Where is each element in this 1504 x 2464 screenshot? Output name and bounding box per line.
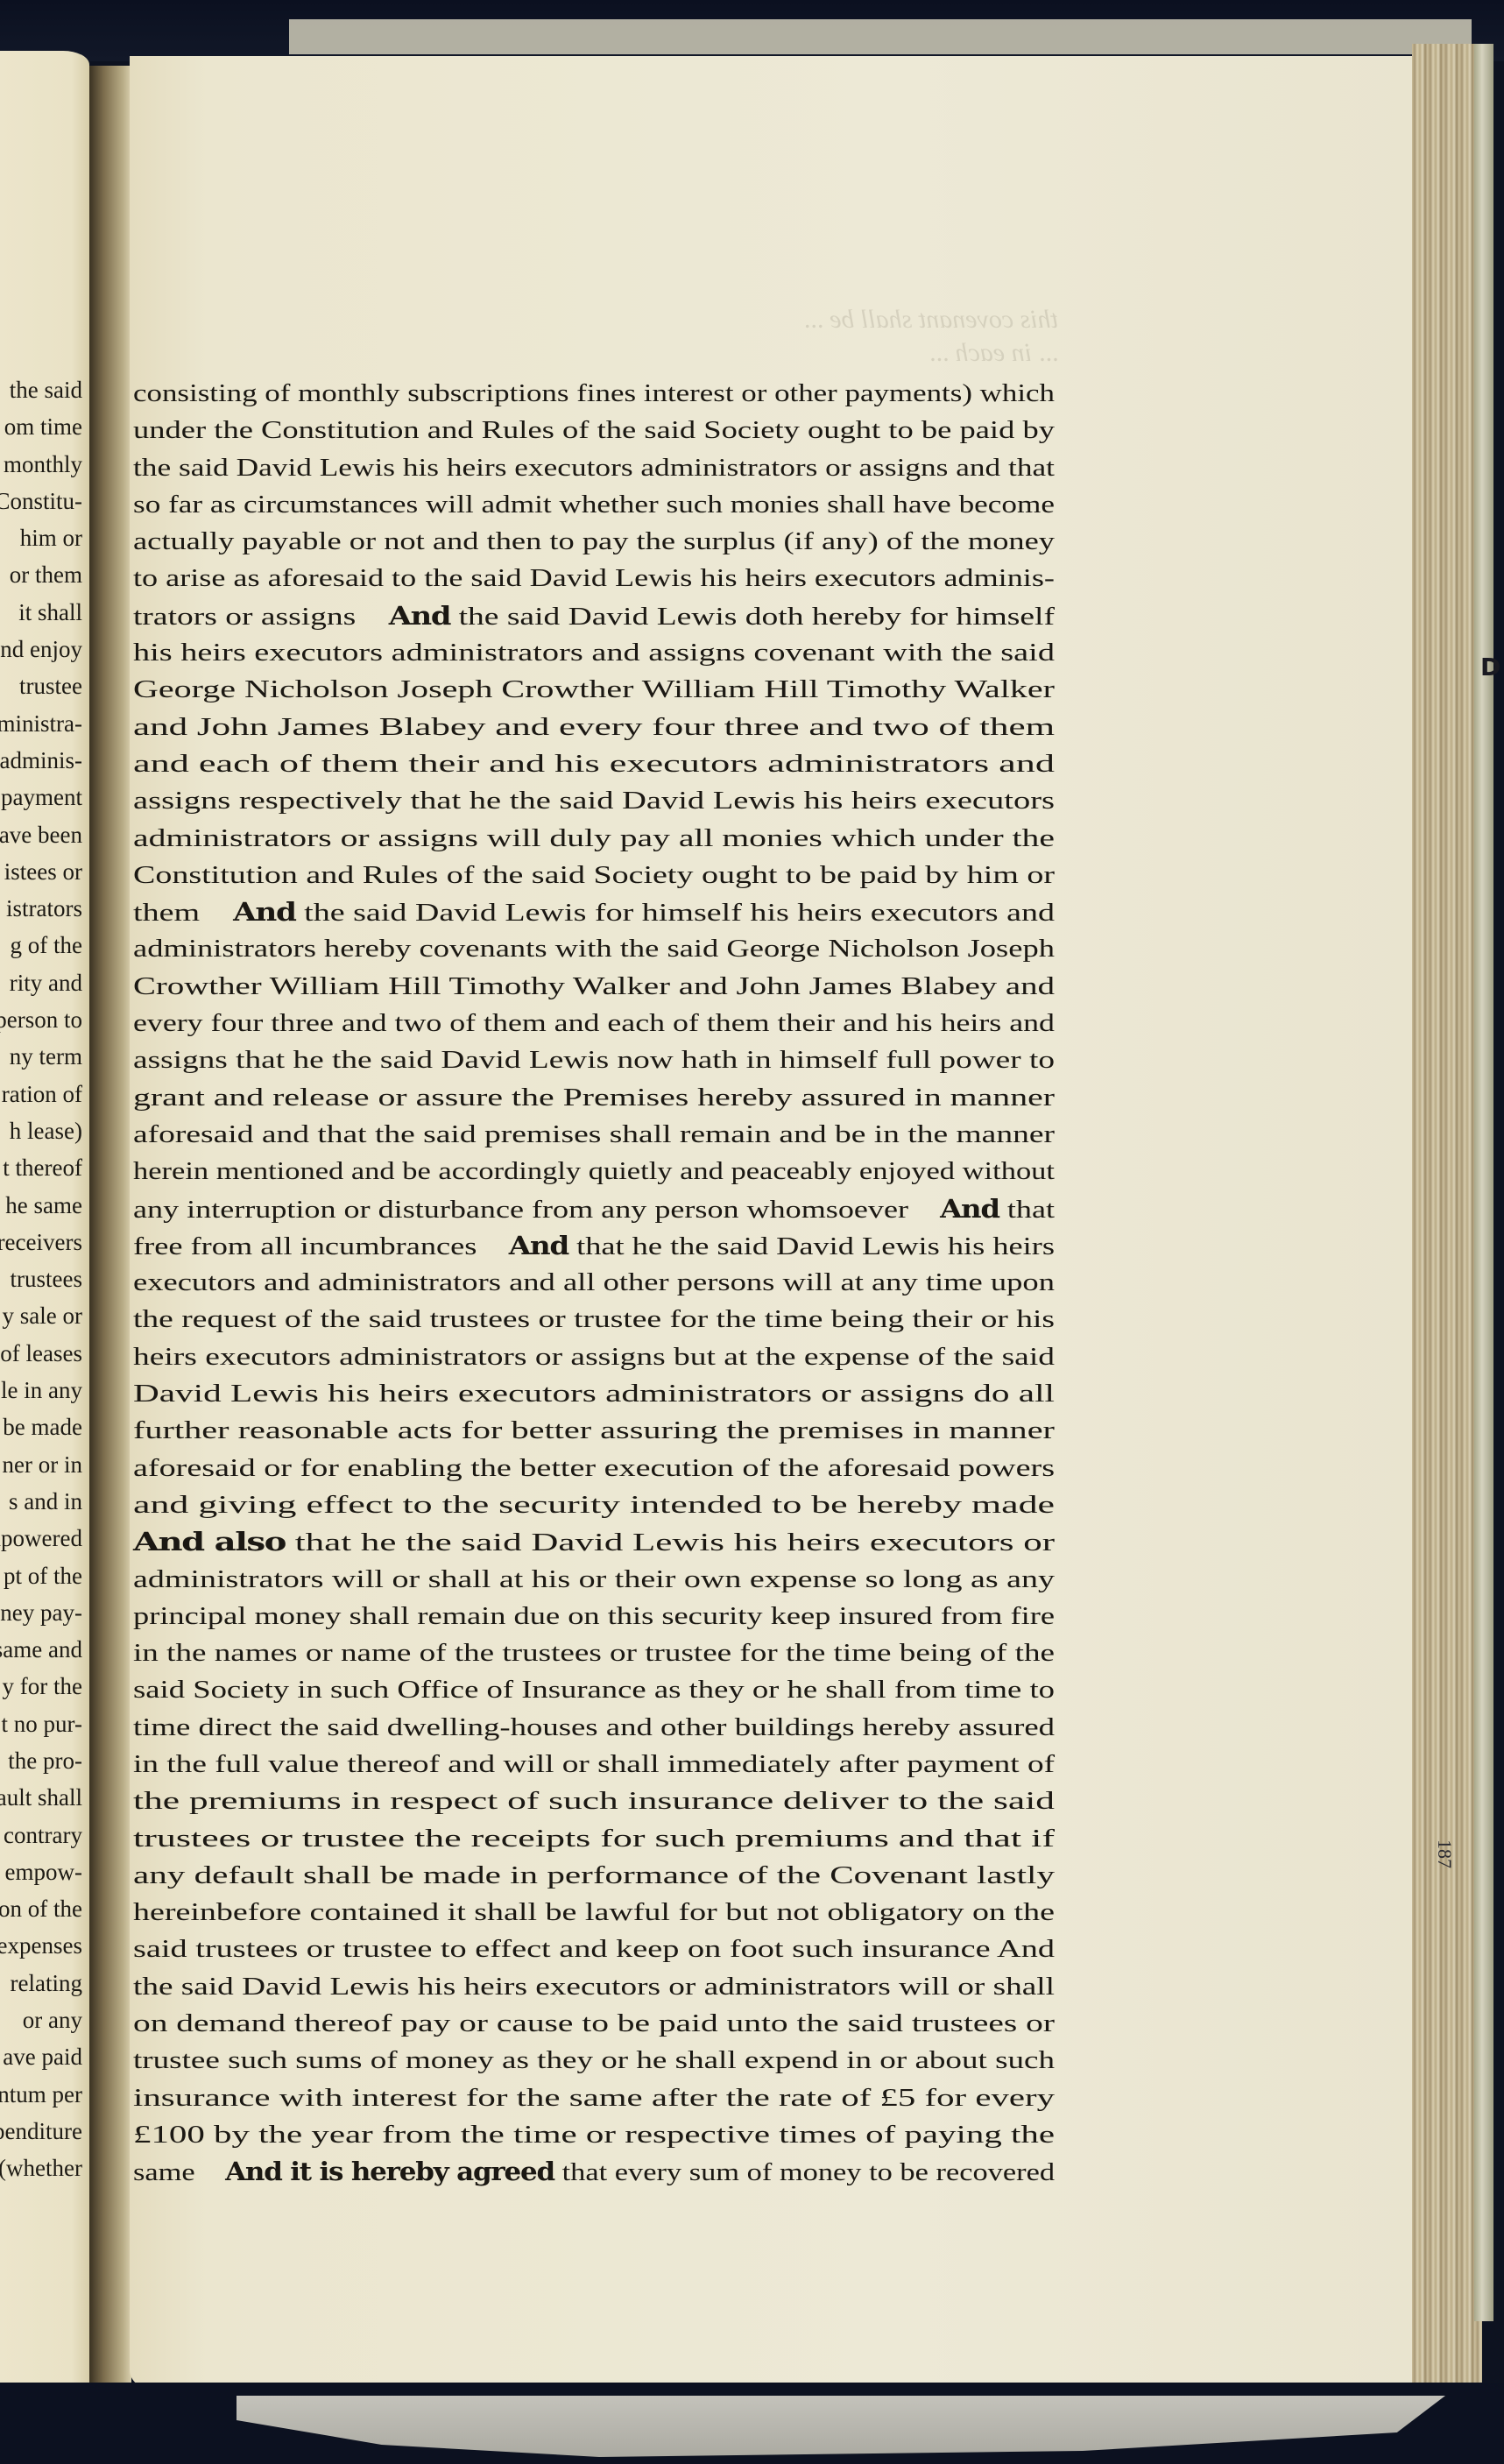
text-segment: free from all incumbrances [133,1232,509,1260]
left-page-text-column: the saidom timemonthlyConstitu-him oror … [0,371,82,2187]
text-line: and each of them their and his executors… [133,745,1055,782]
text-line: herein mentioned and be accordingly quie… [133,1153,1055,1190]
text-segment: trators or assigns [133,603,389,631]
text-line: them And the said David Lewis for himsel… [133,893,1055,930]
left-page-line: trustees [0,1260,82,1297]
left-page-line: t no pur- [0,1705,82,1742]
text-line: trators or assigns And the said David Le… [133,597,1055,634]
text-line: in the full value thereof and will or sh… [133,1746,1055,1783]
text-line: any default shall be made in performance… [133,1857,1055,1894]
left-page-line: ney pay- [0,1594,82,1631]
left-page-line: he same [0,1187,82,1224]
text-line: administrators hereby covenants with the… [133,930,1055,967]
left-page-line: y sale or [0,1297,82,1334]
left-page-line: ner or in [0,1446,82,1483]
text-line: every four three and two of them and eac… [133,1005,1055,1041]
left-page-line: istees or [0,853,82,890]
left-page-line: expenses [0,1927,82,1964]
bleed-through-text: this covenant shall be ...... in each ..… [620,303,1058,370]
text-line: consisting of monthly subscriptions fine… [133,375,1055,412]
text-line: his heirs executors administrators and a… [133,634,1055,671]
bleed-through-line: this covenant shall be ... [620,303,1058,336]
text-segment: that [999,1196,1055,1224]
blackletter-keyword: And [940,1194,999,1224]
text-line: And also that he the said David Lewis hi… [133,1523,1055,1560]
text-line: assigns that he the said David Lewis now… [133,1041,1055,1078]
text-line: trustees or trustee the receipts for suc… [133,1820,1055,1857]
left-page-line: it shall [0,594,82,631]
text-segment: any interruption or disturbance from any… [133,1196,940,1224]
left-page-line: s and in [0,1483,82,1520]
text-line: administrators or assigns will duly pay … [133,820,1055,857]
book-gutter [89,66,131,2396]
left-page-line: g of the [0,927,82,964]
text-line: so far as circumstances will admit wheth… [133,486,1055,523]
text-line: David Lewis his heirs executors administ… [133,1375,1055,1412]
left-page-line: npowered [0,1520,82,1557]
left-page-line: be made [0,1409,82,1445]
left-page-line: ministra- [0,705,82,742]
text-line: further reasonable acts for better assur… [133,1412,1055,1449]
left-page-line: ave paid [0,2038,82,2075]
text-line: heirs executors administrators or assign… [133,1338,1055,1375]
text-line: the request of the said trustees or trus… [133,1301,1055,1338]
text-line: any interruption or disturbance from any… [133,1190,1055,1227]
text-segment: the said David Lewis doth hereby for him… [450,603,1055,631]
left-page-line: him or [0,519,82,556]
left-page-line: ntum per [0,2076,82,2113]
text-segment: that every sum of money to be recovered [554,2158,1055,2186]
blackletter-keyword: And [389,601,450,631]
left-page-line: relating [0,1965,82,2002]
left-page-line: t thereof [0,1149,82,1186]
blackletter-keyword: And [509,1231,568,1260]
page-edges-stack [1412,44,1482,2409]
left-page-line: same and [0,1631,82,1668]
loose-paper-slip-top [289,19,1472,54]
left-page-line: rity and [0,964,82,1001]
text-segment: the said David Lewis for himself his hei… [296,899,1055,927]
deed-body-text: consisting of monthly subscriptions fine… [133,375,1055,2191]
left-page-line: penditure [0,2113,82,2150]
text-line: the said David Lewis his heirs executors… [133,1968,1055,2005]
left-page-line: monthly [0,446,82,483]
text-line: time direct the said dwelling-houses and… [133,1709,1055,1746]
left-page-line: ration of [0,1076,82,1112]
text-line: assigns respectively that he the said Da… [133,782,1055,819]
left-page-line: contrary [0,1817,82,1853]
text-line: in the names or name of the trustees or … [133,1634,1055,1671]
left-page-line: trustee [0,667,82,704]
text-line: executors and administrators and all oth… [133,1264,1055,1301]
text-line: the said David Lewis his heirs executors… [133,449,1055,486]
text-line: hereinbefore contained it shall be lawfu… [133,1894,1055,1931]
text-line: £100 by the year from the time or respec… [133,2116,1055,2153]
left-page-line: adminis- [0,742,82,779]
left-page-line: ny term [0,1038,82,1075]
left-page-line: h lease) [0,1112,82,1149]
left-page-line: pt of the [0,1557,82,1594]
text-line: on demand thereof pay or cause to be pai… [133,2005,1055,2042]
text-line: under the Constitution and Rules of the … [133,412,1055,448]
left-page-line: (whether [0,2150,82,2186]
text-line: insurance with interest for the same aft… [133,2079,1055,2116]
text-line: free from all incumbrances And that he t… [133,1227,1055,1264]
spine-volume-number: 187 [1433,1839,1456,1868]
left-page-line: istrators [0,890,82,927]
left-page-line: or them [0,556,82,593]
text-line: the premiums in respect of such insuranc… [133,1783,1055,1819]
text-segment: them [133,899,233,927]
blackletter-keyword: And also [133,1527,286,1557]
left-page-line: of leases [0,1335,82,1372]
left-page-line: om time [0,408,82,445]
text-line: administrators will or shall at his or t… [133,1561,1055,1598]
text-line: and John James Blabey and every four thr… [133,709,1055,745]
left-page-line: the said [0,371,82,408]
text-line: and giving effect to the security intend… [133,1486,1055,1523]
text-line: grant and release or assure the Premises… [133,1079,1055,1116]
left-page-line: y empow- [0,1853,82,1890]
text-line: George Nicholson Joseph Crowther William… [133,671,1055,708]
left-page-line: y for the [0,1668,82,1705]
text-line: same And it is hereby agreed that every … [133,2153,1055,2190]
left-page-line: receivers [0,1224,82,1260]
text-line: principal money shall remain due on this… [133,1598,1055,1634]
left-page-line: or any [0,2002,82,2038]
left-page-line: Constitu- [0,483,82,519]
blackletter-keyword: And [233,897,295,927]
text-line: aforesaid and that the said premises sha… [133,1116,1055,1153]
left-page-line: ave been [0,816,82,853]
left-page-line: ault shall [0,1779,82,1816]
text-segment: that he the said David Lewis his heirs [568,1232,1055,1260]
left-page-line: on of the [0,1890,82,1927]
text-line: Crowther William Hill Timothy Walker and… [133,968,1055,1005]
text-line: actually payable or not and then to pay … [133,523,1055,560]
left-page-line: person to [0,1001,82,1038]
left-page-line: payment [0,779,82,815]
text-segment: that he the said David Lewis his heirs e… [286,1529,1055,1557]
spine-letter-label: D [1480,653,1500,681]
spine-strip [1474,44,1493,2321]
text-line: said Society in such Office of Insurance… [133,1671,1055,1708]
left-page-line: the pro- [0,1742,82,1779]
text-line: Constitution and Rules of the said Socie… [133,857,1055,893]
blackletter-keyword: And it is hereby agreed [225,2157,554,2186]
text-line: to arise as aforesaid to the said David … [133,560,1055,597]
text-line: aforesaid or for enabling the better exe… [133,1450,1055,1486]
bleed-through-line: ... in each ... [620,336,1058,370]
text-segment: same [133,2158,225,2186]
left-page-line: le in any [0,1372,82,1409]
text-line: said trustees or trustee to effect and k… [133,1931,1055,1967]
left-page-line: nd enjoy [0,631,82,667]
left-page-fragment: the saidom timemonthlyConstitu-him oror … [0,51,89,2416]
text-line: trustee such sums of money as they or he… [133,2042,1055,2079]
